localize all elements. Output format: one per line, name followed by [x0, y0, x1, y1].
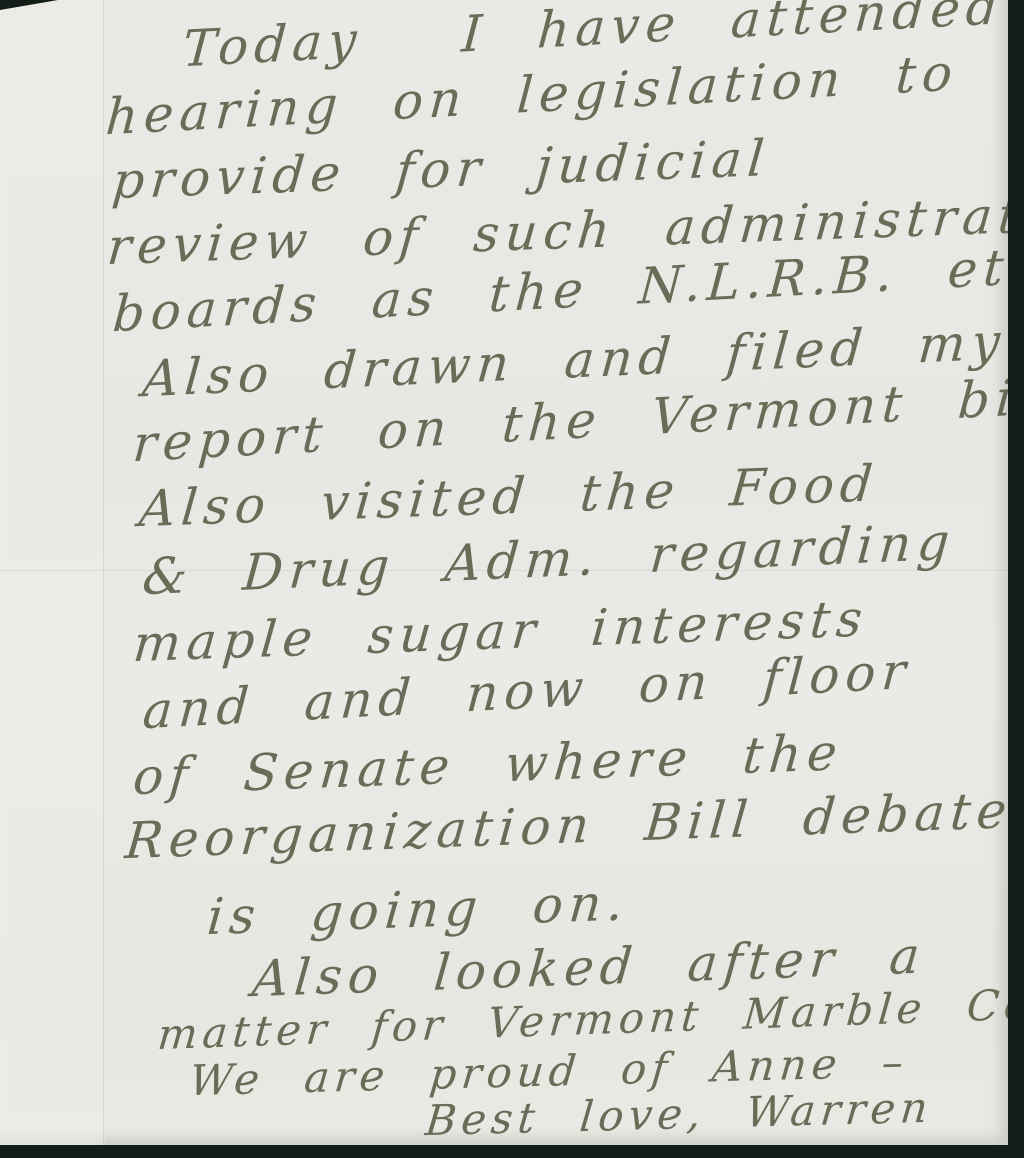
paper-left-fold-panel	[0, 0, 103, 1145]
letter-paper: Today I have attended a hearing on legis…	[0, 0, 1008, 1145]
photographed-letter-scene: Today I have attended a hearing on legis…	[0, 0, 1024, 1158]
fold-crease-vertical	[103, 0, 105, 1145]
handwritten-line-14: is going on.	[205, 873, 632, 946]
